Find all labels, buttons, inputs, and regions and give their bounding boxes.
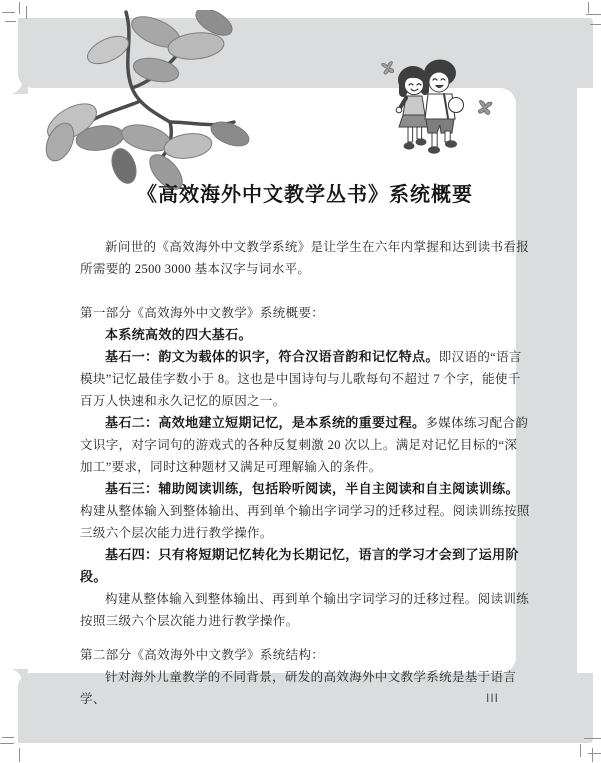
cornerstone-3: 基石三：辅助阅读训练，包括聆听阅读，半自主阅读和自主阅读训练。构建从整体输入到整… (80, 478, 530, 544)
crop-mark-top-left (2, 12, 15, 13)
cornerstone-2: 基石二：高效地建立短期记忆，是本系统的重要过程。多媒体练习配合韵文识字，对字词句… (80, 412, 530, 478)
cornerstone-3-rest: 构建从整体输入到整体输出、再到单个输出字词学习的迁移过程。阅读训练按照三级六个层… (80, 504, 530, 540)
crop-mark-bottom-right (580, 744, 581, 757)
crop-mark-top-left (26, 6, 27, 19)
children-illustration (376, 52, 508, 167)
book-page: 《高效海外中文教学丛书》系统概要 新问世的《高效海外中文教学系统》是让学生在六年… (0, 0, 601, 763)
crop-mark-bottom-right (584, 738, 601, 739)
cornerstone-1: 基石一：韵文为载体的识字，符合汉语音韵和记忆特点。即汉语的“语言模块”记忆最佳字… (80, 346, 530, 412)
section1-lead: 本系统高效的四大基石。 (80, 324, 530, 346)
boy-figure (424, 60, 464, 154)
cornerstone-3-bold: 基石三：辅助阅读训练，包括聆听阅读，半自主阅读和自主阅读训练。 (105, 481, 519, 496)
crop-mark-bottom-left (19, 748, 20, 762)
section1-lead-text: 本系统高效的四大基石。 (105, 327, 252, 342)
butterfly-icon (381, 61, 394, 74)
intro-paragraph: 新问世的《高效海外中文教学系统》是让学生在六年内掌握和达到读书看报所需要的 25… (80, 236, 530, 280)
crop-mark-top-left (5, 21, 16, 22)
crop-mark-top-left (19, 2, 20, 14)
crop-mark-top-right (586, 14, 601, 15)
section2-paragraph: 针对海外儿童教学的不同背景，研发的高效海外中文教学系统是基于语言学、 (80, 666, 530, 710)
page-number: III (486, 691, 499, 705)
crop-mark-bottom-left (2, 737, 14, 738)
page-title: 《高效海外中文教学丛书》系统概要 (80, 182, 530, 208)
butterfly-icon (478, 100, 493, 115)
cornerstone-2-bold: 基石二：高效地建立短期记忆，是本系统的重要过程。 (105, 415, 425, 430)
section2-heading: 第二部分《高效海外中文教学》系统结构： (80, 644, 530, 666)
crop-mark-bottom-right (592, 748, 593, 762)
page-content: 《高效海外中文教学丛书》系统概要 新问世的《高效海外中文教学系统》是让学生在六年… (80, 182, 530, 710)
crop-mark-top-right (590, 24, 601, 25)
crop-mark-top-right (588, 2, 589, 13)
band-curl-decoration (12, 669, 28, 681)
cornerstone-1-bold: 基石一：韵文为载体的识字，符合汉语音韵和记忆特点。 (105, 349, 439, 364)
band-curl-decoration (12, 82, 28, 94)
crop-mark-bottom-left (0, 743, 14, 744)
girl-figure (396, 66, 429, 150)
cornerstone-4: 基石四：只有将短期记忆转化为长期记忆，语言的学习才会到了运用阶段。 (80, 544, 530, 588)
section1-heading: 第一部分《高效海外中文教学》系统概要： (80, 302, 530, 324)
crop-mark-bottom-right (588, 753, 601, 754)
cornerstone-4-bold: 基石四：只有将短期记忆转化为长期记忆，语言的学习才会到了运用阶段。 (80, 547, 519, 584)
post-paragraph: 构建从整体输入到整体输出、再到单个输出字词学习的迁移过程。阅读训练按照三级六个层… (80, 588, 530, 632)
